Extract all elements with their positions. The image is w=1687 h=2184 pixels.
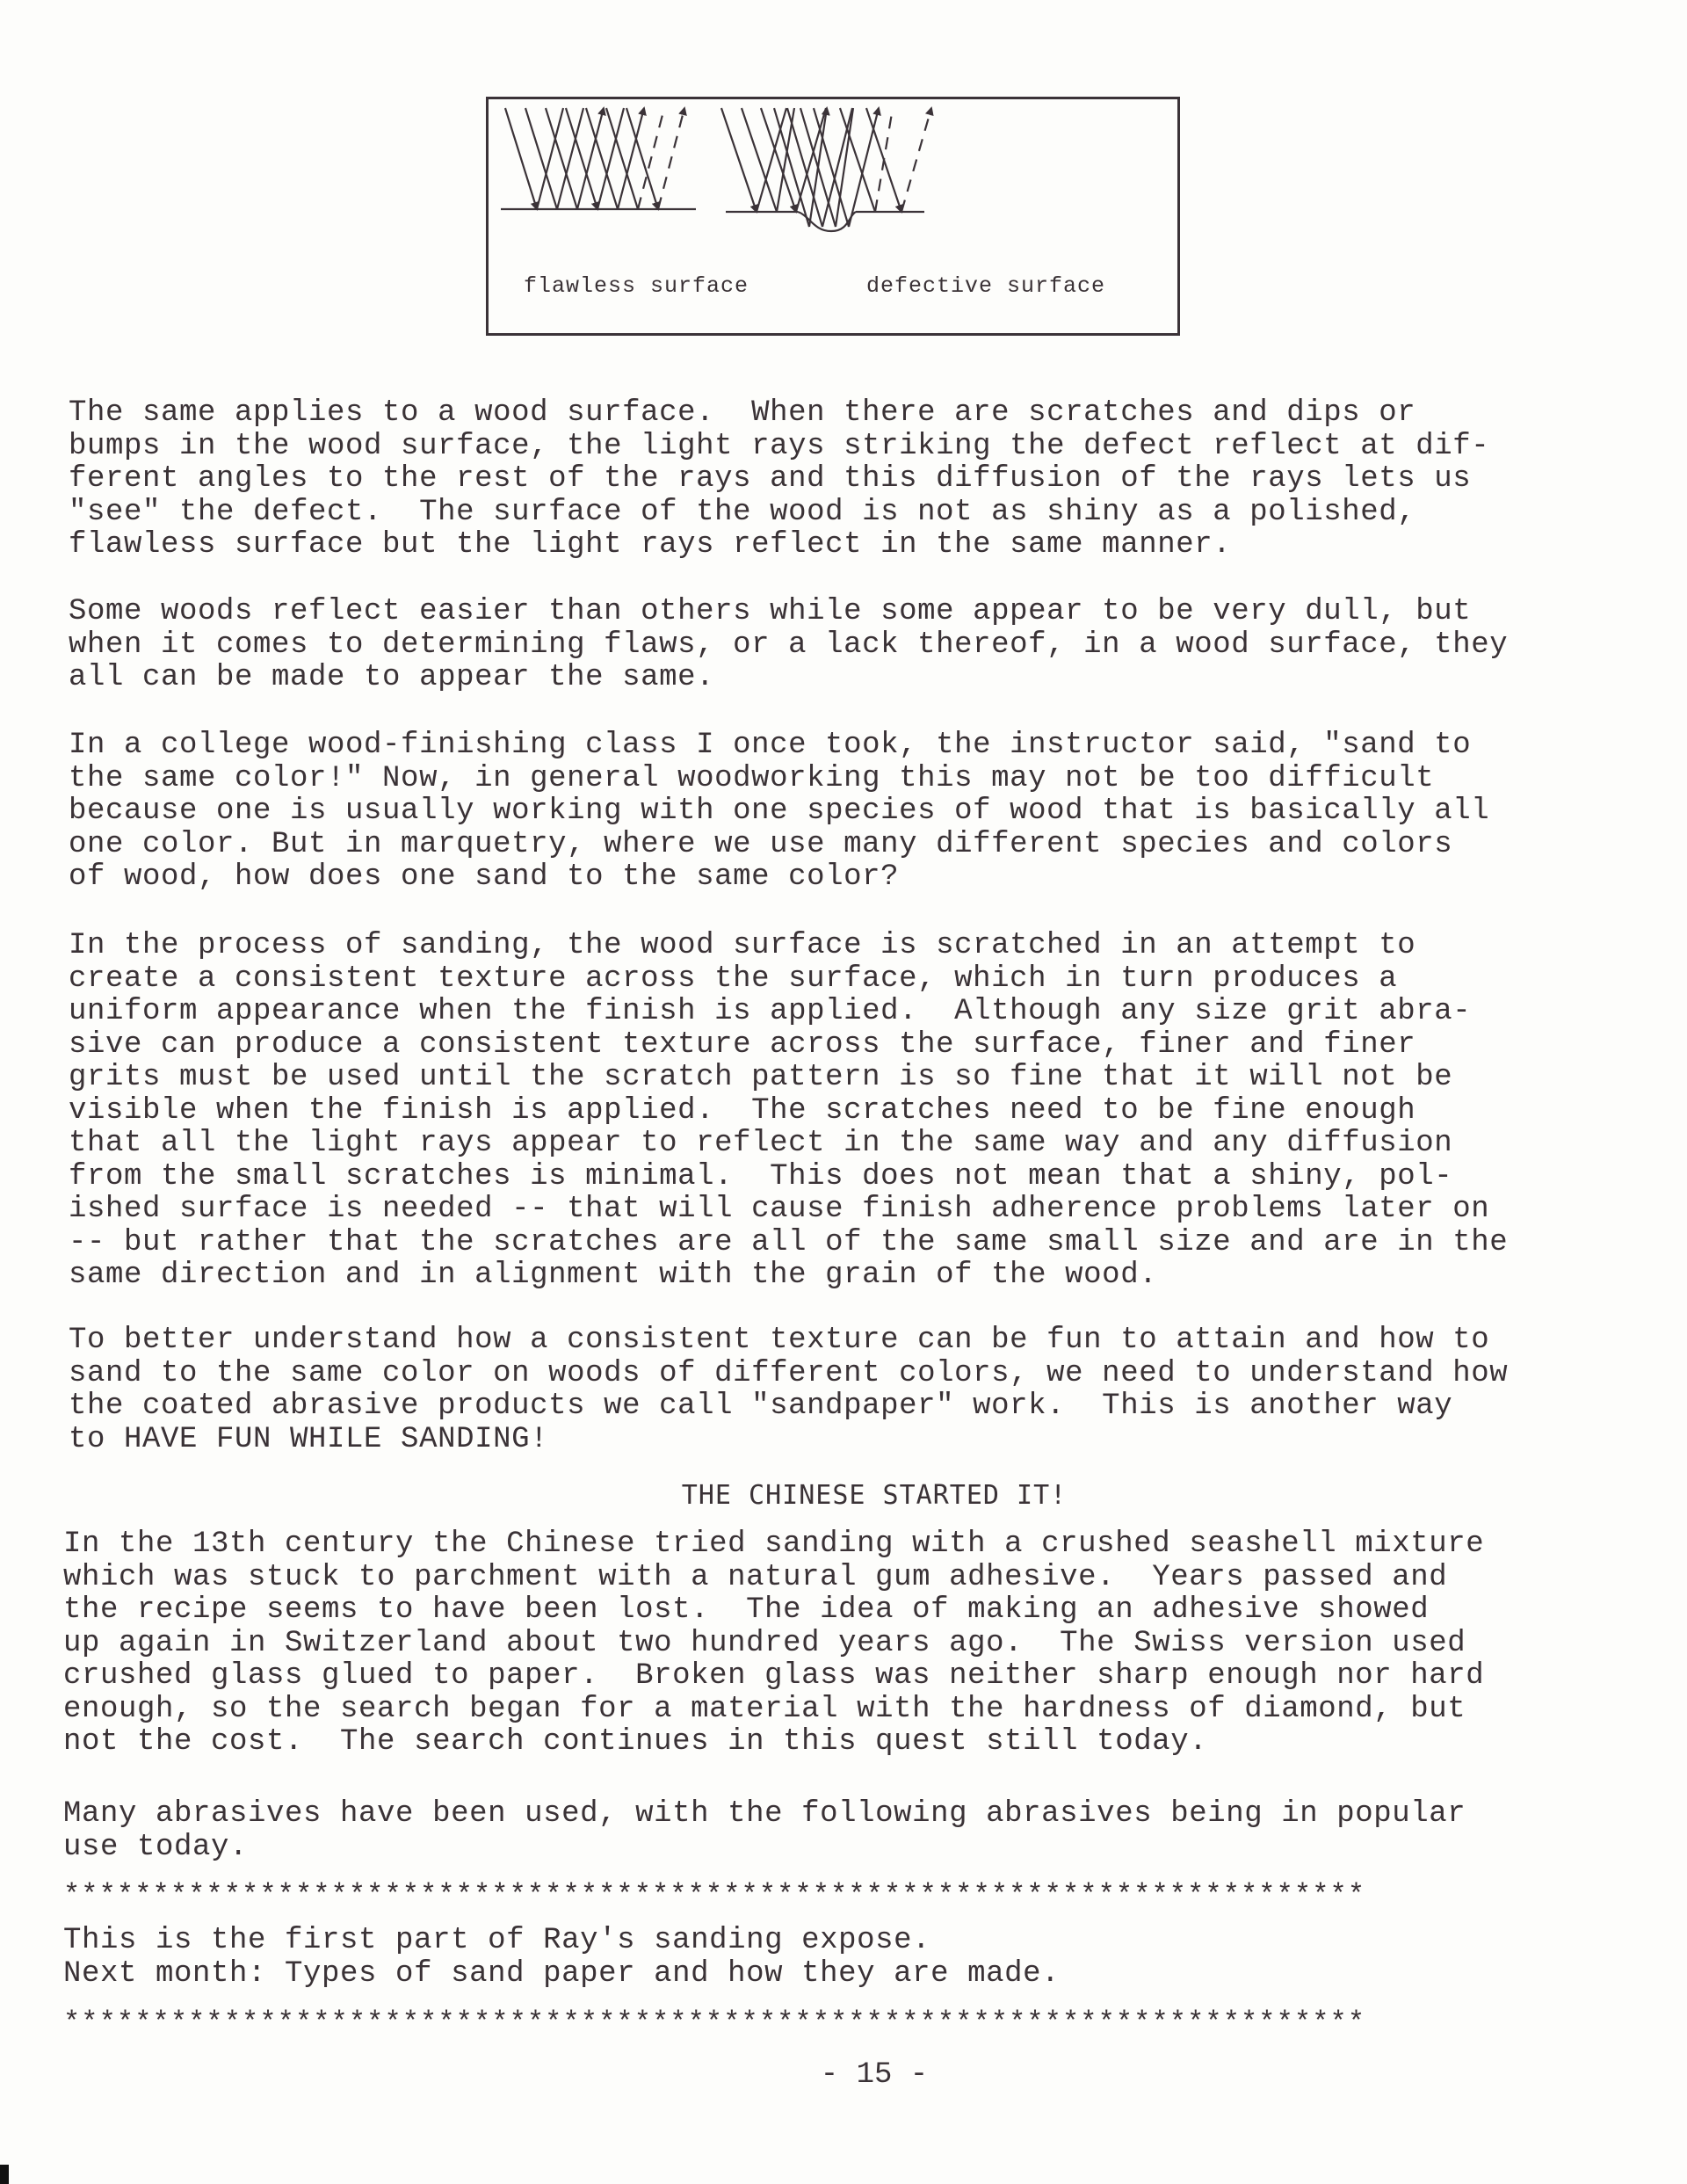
caption-defective-surface: defective surface [866,273,1105,299]
separator-bottom: ****************************************… [63,2006,1365,2039]
paragraph-reflection: Some woods reflect easier than others wh… [69,596,1508,695]
note-next-month: This is the first part of Ray's sanding … [63,1925,1060,1991]
figure-box: flawless surface defective surface [486,97,1180,336]
page-number: - 15 - [0,2058,1687,2092]
paragraph-history: In the 13th century the Chinese tried sa… [63,1528,1484,1760]
separator-top: ****************************************… [63,1879,1365,1912]
section-heading: THE CHINESE STARTED IT! [0,1480,1687,1511]
paragraph-wood-surface: The same applies to a wood surface. When… [69,397,1489,562]
paragraph-process-sanding: In the process of sanding, the wood surf… [69,930,1508,1293]
paragraph-abrasives: Many abrasives have been used, with the … [63,1798,1466,1864]
caption-flawless-surface: flawless surface [524,273,749,299]
paragraph-better-understand: To better understand how a consistent te… [69,1324,1508,1456]
paragraph-same-color: In a college wood-finishing class I once… [69,729,1489,895]
scan-edge-mark [0,2165,9,2184]
